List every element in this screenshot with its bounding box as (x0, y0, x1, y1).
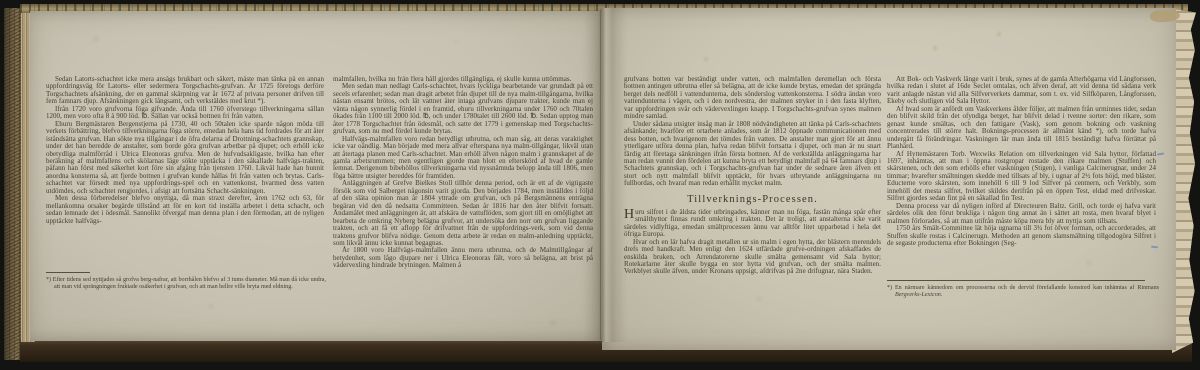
footnote-segment: *) Efter tidens sed nyttjades så grofva … (46, 277, 326, 290)
paragraph: Ifrån 1720 voro grufvorna föga gifvande.… (46, 106, 324, 121)
paragraph: År 1800 voro Halfvägs-malmfallen ännu me… (333, 247, 593, 269)
paragraph: Denna process var då nyligen införd af D… (887, 203, 1156, 225)
book-photo: 19Sedan Latorts-schachtet icke mera anså… (0, 0, 1200, 370)
footnote-text: *) Efter tidens sed nyttjades så grofva … (46, 277, 326, 291)
footnote-page-22: *) En närmare kännedom om processerna oc… (887, 280, 1159, 299)
footnote-segment: *) En närmare kännedom om processerna oc… (887, 285, 1159, 291)
paragraph: Af Hyttemästaren Torb. Wexwiks Relation … (887, 151, 1156, 203)
paragraph: Men sedan man nedlagt Carls-schachtet, h… (333, 83, 593, 135)
paragraph: 1750 års Smält-Committee lät höja ugnarn… (887, 225, 1156, 247)
page-column-19: 19Sedan Latorts-schachtet icke mera anså… (46, 76, 324, 225)
paragraph: Huru silfret i de äldsta tider utbringad… (624, 209, 881, 239)
footnote-italic-term: Bergverks-Lexicon. (895, 292, 942, 298)
paragraph: Att Bok- och Vaskverk länge varit i bruk… (887, 76, 1156, 106)
paragraph: Hvar och en lär hafva dragit metallen ur… (624, 239, 881, 276)
footnote-page-19: *) Efter tidens sed nyttjades så grofva … (46, 272, 326, 291)
paragraph: Under sådana utsigter insåg man år 1808 … (624, 121, 881, 188)
footnote-text: *) En närmare kännedom om processerna oc… (887, 285, 1159, 299)
foxing-spots (0, 0, 2, 2)
page-column-21: 21grufvans botten var beständigt under v… (624, 76, 881, 276)
center-fold-crease (600, 10, 601, 340)
paragraph: Halfvägs-malmfallen voro redan betydligt… (333, 136, 593, 181)
paragraph: grufvans botten var beständigt under vat… (624, 76, 881, 121)
page-column-20: 20malmfallen, hvilka nu från flera håll … (333, 76, 593, 270)
footnote-rule (887, 280, 1145, 281)
paragraph: Ehuru Bergmästaren Bergenstjerna på 1730… (46, 121, 324, 196)
drop-cap: H (624, 209, 635, 221)
paragraph: Anläggningen af Grefve Bielkes Stoll til… (333, 180, 593, 247)
page-column-22: 22Att Bok- och Vaskverk länge varit i br… (887, 76, 1156, 247)
paragraph: Af hvad som är anfördt om Vaskverkens ål… (887, 106, 1156, 151)
paragraph: Men dessa förberedelser blefvo onyttiga,… (46, 195, 324, 225)
section-heading: Tillverknings-Processen. (624, 194, 881, 205)
paragraph: Sedan Latorts-schachtet icke mera ansågs… (46, 76, 324, 106)
footnote-rule (46, 272, 90, 273)
